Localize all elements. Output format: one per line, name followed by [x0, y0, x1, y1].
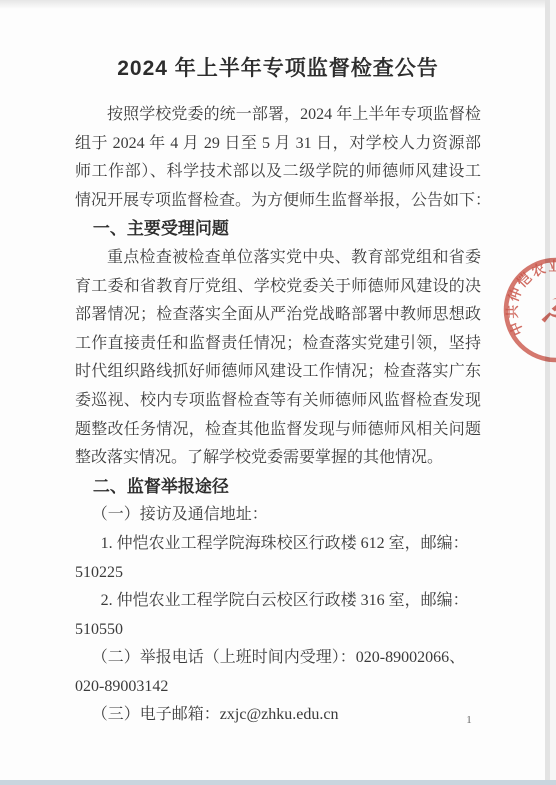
address2-line: 2. 仲恺农业工程学院白云校区行政楼 316 室，邮编： — [75, 587, 481, 616]
section1-line: 工作直接责任和监督责任情况；检查落实党建引领，坚持新 — [75, 330, 481, 359]
document-body: 2024 年上半年专项监督检查公告 按照学校党委的统一部署，2024 年上半年专… — [75, 54, 481, 730]
contact-address-label: （一）接访及通信地址： — [75, 501, 481, 530]
section2-heading: 二、监督举报途径 — [75, 473, 481, 502]
scan-top-edge — [0, 0, 556, 10]
intro-line: 组于 2024 年 4 月 29 日至 5 月 31 日，对学校人力资源部（教 — [75, 130, 481, 159]
address2-postcode: 510550 — [75, 616, 481, 645]
section1-line: 整改落实情况。了解学校党委需要掌握的其他情况。 — [75, 444, 481, 473]
hammer-sickle-icon: ☭ — [537, 290, 556, 335]
address1-line: 1. 仲恺农业工程学院海珠校区行政楼 612 室，邮编： — [75, 530, 481, 559]
official-red-seal: 中共仲恺农业工程学院 ☭ — [494, 252, 556, 376]
scan-right-margin — [550, 0, 556, 785]
section1-line: 育工委和省教育厅党组、学校党委关于师德师风建设的决策 — [75, 273, 481, 302]
intro-line: 按照学校党委的统一部署，2024 年上半年专项监督检查 — [75, 101, 481, 130]
section1-heading: 一、主要受理问题 — [75, 215, 481, 244]
phone-line-continued: 020-89003142 — [75, 673, 481, 702]
scan-right-edge — [545, 0, 550, 785]
address1-postcode: 510225 — [75, 559, 481, 588]
section1-line: 部署情况；检查落实全面从严治党战略部署中教师思想政治 — [75, 301, 481, 330]
section1-line: 重点检查被检查单位落实党中央、教育部党组和省委教 — [75, 244, 481, 273]
page-title: 2024 年上半年专项监督检查公告 — [75, 54, 481, 84]
section1-line: 时代组织路线抓好师德师风建设工作情况；检查落实广东省 — [75, 358, 481, 387]
section1-line: 委巡视、校内专项监督检查等有关师德师风监督检查发现问 — [75, 387, 481, 416]
scanned-document-page: 2024 年上半年专项监督检查公告 按照学校党委的统一部署，2024 年上半年专… — [0, 0, 556, 785]
page-number: 1 — [459, 714, 479, 726]
email-line: （三）电子邮箱：zxjc@zhku.edu.cn — [75, 701, 481, 730]
section1-line: 题整改任务情况，检查其他监督发现与师德师风相关问题的 — [75, 416, 481, 445]
scan-bottom-edge — [0, 780, 556, 785]
phone-line: （二）举报电话（上班时间内受理）：020-89002066、 — [75, 644, 481, 673]
intro-line: 师工作部）、科学技术部以及二级学院的师德师风建设工作 — [75, 158, 481, 187]
intro-line: 情况开展专项监督检查。为方便师生监督举报，公告如下： — [75, 187, 481, 216]
